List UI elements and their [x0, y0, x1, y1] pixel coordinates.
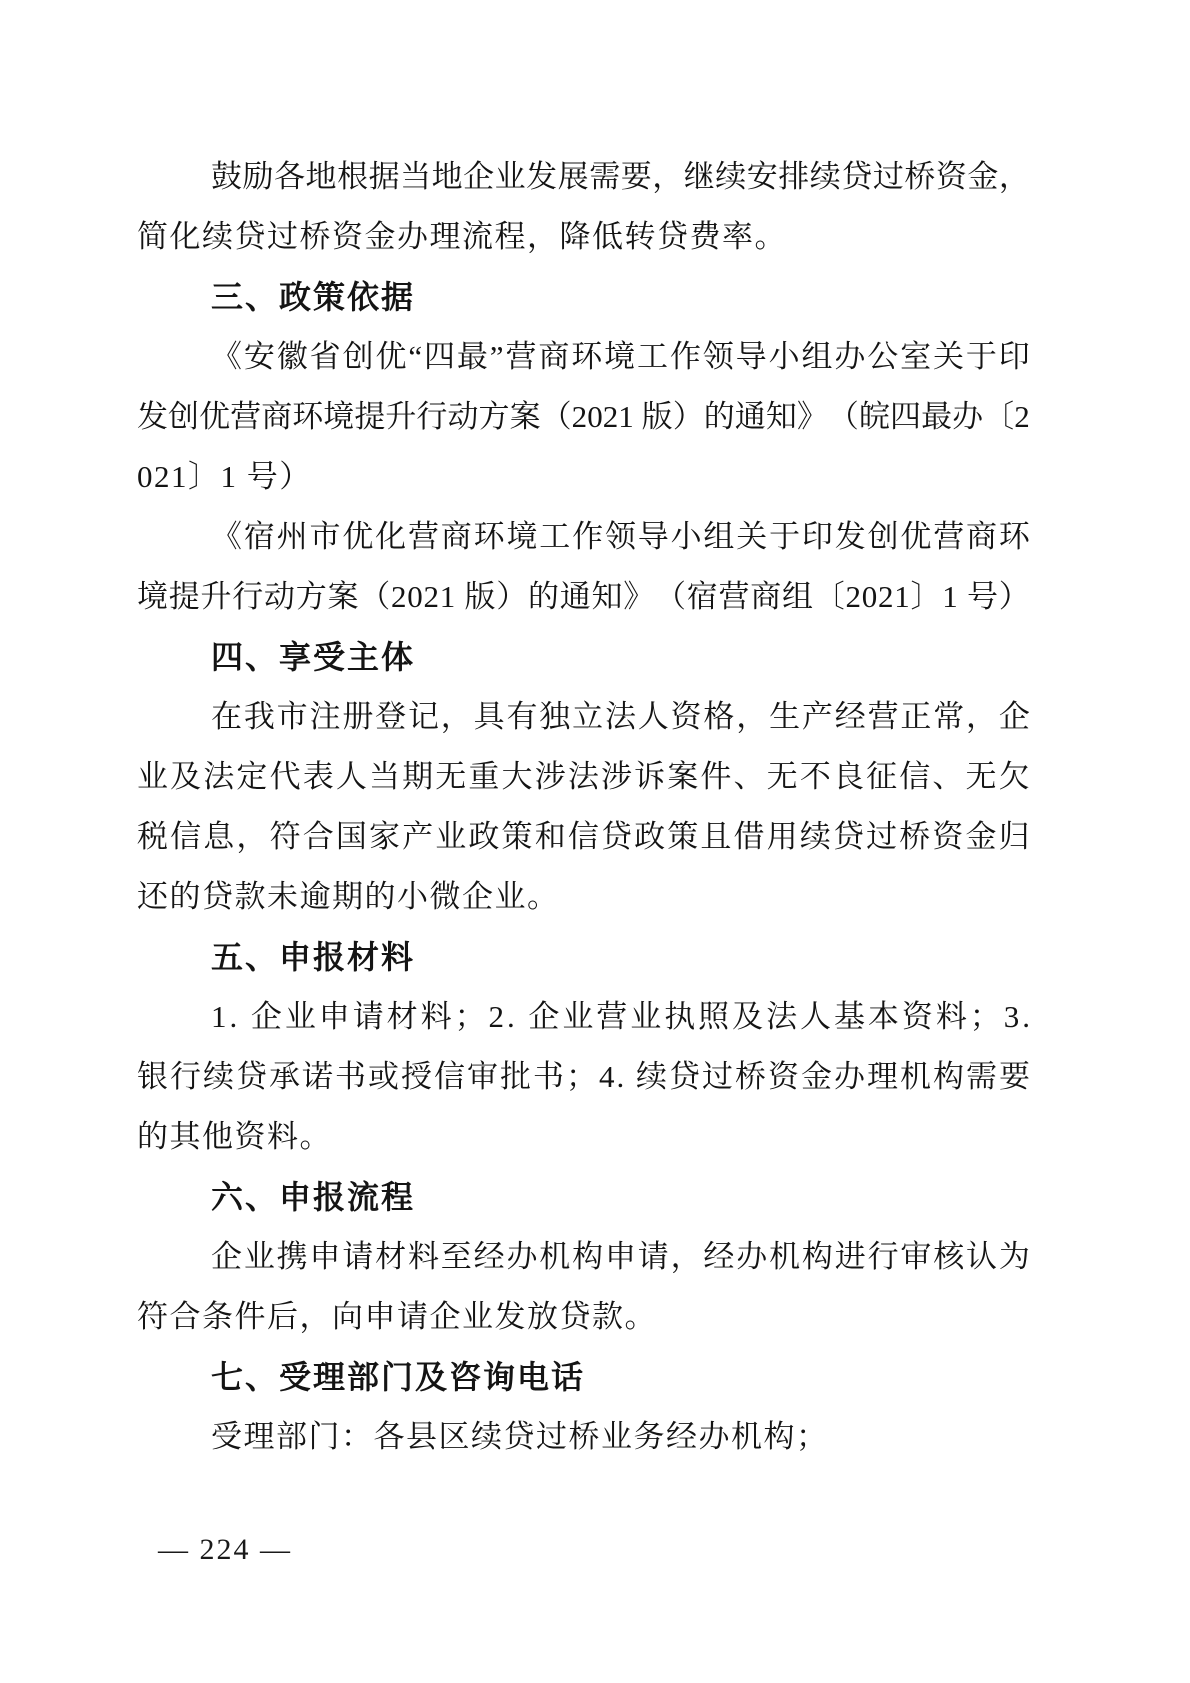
document-body: 鼓励各地根据当地企业发展需要，继续安排续贷过桥资金， 简化续贷过桥资金办理流程，…	[137, 147, 1030, 1467]
paragraph-line: 简化续贷过桥资金办理流程，降低转贷费率。	[137, 207, 1030, 267]
paragraph-line: 银行续贷承诺书或授信审批书；4. 续贷过桥资金办理机构需要	[137, 1047, 1030, 1107]
paragraph-line: 《宿州市优化营商环境工作领导小组关于印发创优营商环	[137, 507, 1030, 567]
section-heading-beneficiary: 四、享受主体	[137, 627, 1030, 687]
paragraph-line: 在我市注册登记，具有独立法人资格，生产经营正常，企	[137, 687, 1030, 747]
paragraph-line: 发创优营商环境提升行动方案（2021 版）的通知》（皖四最办〔2	[137, 387, 1030, 447]
paragraph-line: 企业携申请材料至经办机构申请，经办机构进行审核认为	[137, 1227, 1030, 1287]
paragraph-line: 业及法定代表人当期无重大涉法涉诉案件、无不良征信、无欠	[137, 747, 1030, 807]
paragraph-line: 《安徽省创优“四最”营商环境工作领导小组办公室关于印	[137, 327, 1030, 387]
paragraph-line: 鼓励各地根据当地企业发展需要，继续安排续贷过桥资金，	[137, 147, 1030, 207]
document-page: 鼓励各地根据当地企业发展需要，继续安排续贷过桥资金， 简化续贷过桥资金办理流程，…	[0, 0, 1190, 1683]
paragraph-line: 的其他资料。	[137, 1107, 1030, 1167]
paragraph-line: 021〕1 号）	[137, 447, 1030, 507]
paragraph-line: 受理部门：各县区续贷过桥业务经办机构；	[137, 1407, 1030, 1467]
section-heading-policy-basis: 三、政策依据	[137, 267, 1030, 327]
paragraph-line: 1. 企业申请材料；2. 企业营业执照及法人基本资料；3.	[137, 987, 1030, 1047]
section-heading-accepting-department: 七、受理部门及咨询电话	[137, 1347, 1030, 1407]
paragraph-line: 境提升行动方案（2021 版）的通知》（宿营商组〔2021〕1 号）	[137, 567, 1030, 627]
paragraph-line: 符合条件后，向申请企业发放贷款。	[137, 1287, 1030, 1347]
paragraph-line: 还的贷款未逾期的小微企业。	[137, 867, 1030, 927]
page-number: — 224 —	[158, 1526, 292, 1574]
section-heading-application-materials: 五、申报材料	[137, 927, 1030, 987]
section-heading-application-process: 六、申报流程	[137, 1167, 1030, 1227]
paragraph-line: 税信息，符合国家产业政策和信贷政策且借用续贷过桥资金归	[137, 807, 1030, 867]
